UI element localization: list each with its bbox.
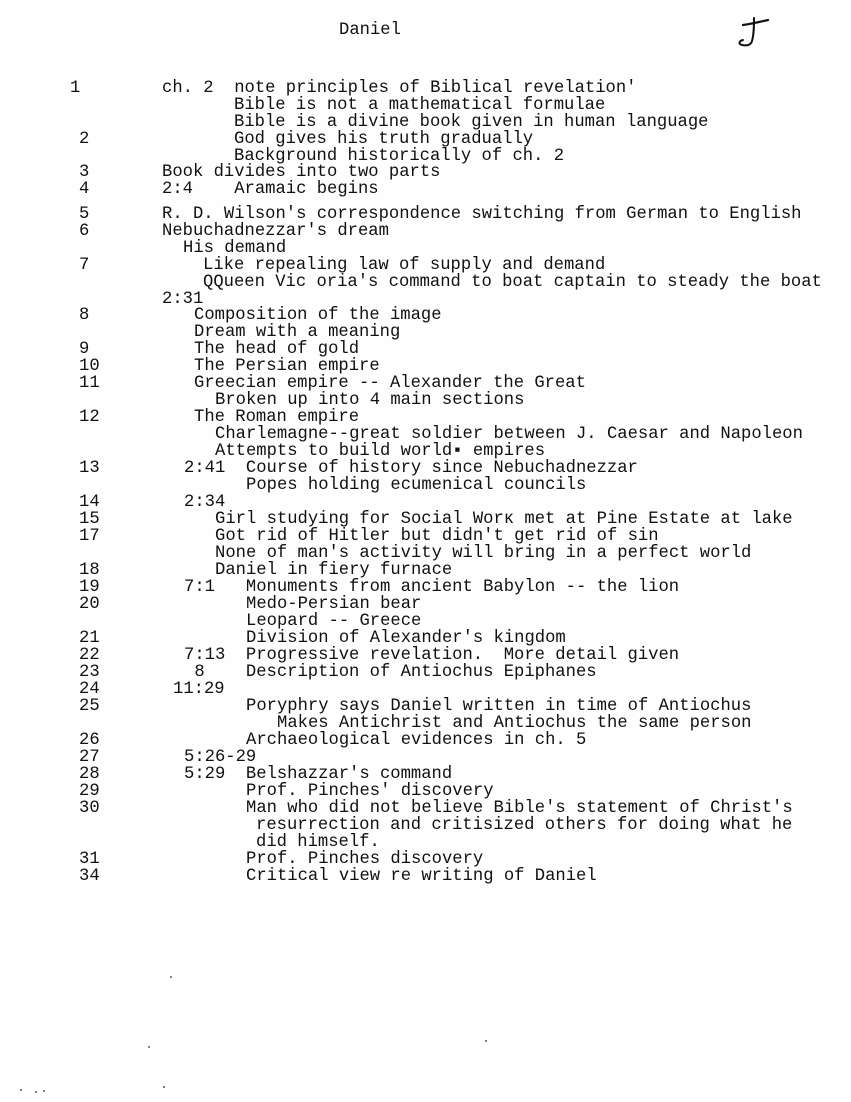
page-reference-number: 4 (79, 181, 89, 198)
outline-text: Like repealing law of supply and demand (203, 257, 605, 274)
page-reference-number: 20 (79, 596, 100, 613)
outline-text: ch. 2 note principles of Biblical revela… (162, 80, 636, 97)
page-reference-number: 5 (79, 206, 89, 223)
outline-text: 2:41 Course of history since Nebuchadnez… (184, 460, 638, 477)
scanned-page: Daniel 1ch. 2 note principles of Biblica… (0, 0, 851, 1102)
outline-text: The Roman empire (194, 409, 359, 426)
outline-text: 8 Description of Antiochus Epiphanes (184, 664, 597, 681)
outline-text: resurrection and critisized others for d… (256, 817, 792, 834)
outline-text: QQueen Vic oria's command to boat captai… (203, 274, 822, 291)
page-reference-number: 1 (70, 80, 80, 97)
page-reference-number: 34 (79, 868, 100, 885)
outline-text: Charlemagne--great soldier between J. Ca… (215, 426, 803, 443)
page-reference-number: 23 (79, 664, 100, 681)
outline-text: Medo-Persian bear (246, 596, 421, 613)
page-reference-number: 19 (79, 579, 100, 596)
outline-text: The Persian empire (194, 358, 380, 375)
outline-text: Composition of the image (194, 307, 442, 324)
outline-text: Bible is not a mathematical formulae (234, 97, 605, 114)
page-reference-number: 31 (79, 851, 100, 868)
page-reference-number: 21 (79, 630, 100, 647)
outline-text: God gives his truth gradually (234, 131, 533, 148)
page-reference-number: 18 (79, 562, 100, 579)
page-reference-number: 15 (79, 511, 100, 528)
outline-text: did himself. (256, 834, 380, 851)
page-reference-number: 25 (79, 698, 100, 715)
page-reference-number: 9 (79, 341, 89, 358)
outline-text: Archaeological evidences in ch. 5 (246, 732, 586, 749)
page-reference-number: 2 (79, 131, 89, 148)
page-reference-number: 12 (79, 409, 100, 426)
outline-text: Division of Alexander's kingdom (246, 630, 566, 647)
outline-text: Book divides into two parts (162, 164, 440, 181)
outline-text: His demand (183, 240, 286, 257)
page-reference-number: 28 (79, 766, 100, 783)
handwritten-initial-mark (735, 14, 775, 50)
document-title: Daniel (339, 21, 401, 40)
outline-text: Nebuchadnezzar's dream (162, 223, 389, 240)
page-reference-number: 29 (79, 783, 100, 800)
page-reference-number: 14 (79, 494, 100, 511)
outline-text: Critical view re writing of Daniel (246, 868, 597, 885)
page-reference-number: 26 (79, 732, 100, 749)
outline-text: Prof. Pinches discovery (246, 851, 483, 868)
page-reference-number: 8 (79, 307, 89, 324)
outline-text: 7:13 Progressive revelation. More detail… (184, 647, 679, 664)
outline-text: Got rid of Hitler but didn't get rid of … (215, 528, 659, 545)
outline-text: Attempts to build world▪ empires (215, 443, 545, 460)
outline-text: None of man's activity will bring in a p… (215, 545, 751, 562)
outline-text: 2:34 (184, 494, 225, 511)
outline-text: Makes Antichrist and Antiochus the same … (277, 715, 751, 732)
outline-text: The head of gold (194, 341, 359, 358)
outline-text: Broken up into 4 main sections (215, 392, 524, 409)
outline-text: Prof. Pinches' discovery (246, 783, 494, 800)
page-reference-number: 24 (79, 681, 100, 698)
page-reference-number: 27 (79, 749, 100, 766)
outline-text: Girl studying for Social Worĸ met at Pin… (215, 511, 793, 528)
page-reference-number: 6 (79, 223, 89, 240)
outline-text: Dream with a meaning (194, 324, 400, 341)
page-reference-number: 30 (79, 800, 100, 817)
outline-text: 11:29 (173, 681, 225, 698)
outline-text: Greecian empire -- Alexander the Great (194, 375, 586, 392)
page-reference-number: 13 (79, 460, 100, 477)
outline-text: Poryphry says Daniel written in time of … (246, 698, 751, 715)
outline-text: Leopard -- Greece (246, 613, 421, 630)
page-reference-number: 3 (79, 164, 89, 181)
page-reference-number: 7 (79, 257, 89, 274)
outline-text: Man who did not believe Bible's statemen… (246, 800, 793, 817)
outline-text: Bible is a divine book given in human la… (234, 114, 708, 131)
page-reference-number: 22 (79, 647, 100, 664)
outline-text: 5:29 Belshazzar's command (184, 766, 452, 783)
outline-text: 2:4 Aramaic begins (162, 181, 379, 198)
page-reference-number: 10 (79, 358, 100, 375)
outline-text: R. D. Wilson's correspondence switching … (162, 206, 801, 223)
page-reference-number: 17 (79, 528, 100, 545)
outline-text: Daniel in fiery furnace (215, 562, 452, 579)
outline-text: 5:26-29 (184, 749, 256, 766)
outline-text: 7:1 Monuments from ancient Babylon -- th… (184, 579, 679, 596)
outline-text: Popes holding ecumenical councils (246, 477, 586, 494)
page-reference-number: 11 (79, 375, 100, 392)
